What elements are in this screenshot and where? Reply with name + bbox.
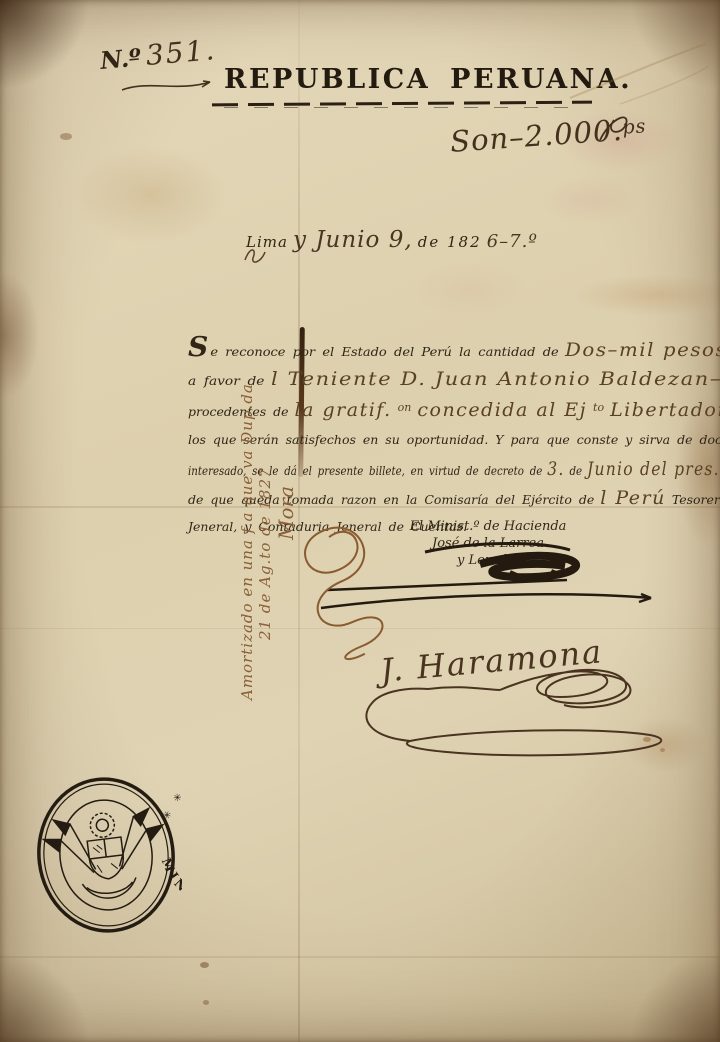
document-number: N.º 351. [99,33,218,76]
ministry-seal: MINISTERIO DE HACIENDA ✳ ✳ ✳ [30,772,182,938]
printed-text: Tesorería [672,492,720,507]
document-number-value: 351. [144,33,217,72]
marginalia-line1: Amortizado en una f.a que va Dup.da [238,268,256,700]
title-rule [212,101,592,107]
dateline-year-handwritten: 6–7.º [487,231,538,252]
handwritten-text: la gratif. [293,399,394,421]
ink-spot [200,962,209,968]
printed-text: de [569,463,582,478]
dateline-year-printed: de 182 [418,233,482,251]
ink-spot [203,1000,209,1005]
main-signature-flourish [350,645,685,770]
handwritten-text: l Perú [598,487,668,509]
amount-flourish [594,106,638,148]
handwritten-text: 3. [546,458,567,480]
dateline: Lima y Junio 9, de 182 6–7.º [246,227,538,253]
svg-text:✳ ✳ ✳: ✳ ✳ ✳ [153,777,182,826]
horizontal-fold-crease [0,956,720,958]
marginalia-note: Amortizado en una f.a que va Dup.da 21 d… [238,268,298,700]
handwritten-text: concedida al Ej [415,399,589,421]
number-underline-flourish [118,78,218,96]
coat-of-arms [41,806,170,905]
handwritten-text: Libertador— [608,399,720,421]
handwritten-text: Dos–mil pesos—— [563,339,720,361]
dateline-day-handwritten: y Junio 9, [293,227,413,253]
torn-corner [0,952,90,1042]
ink-spot [60,133,72,140]
handwritten-text: Junio del pres. [585,458,720,480]
drop-cap: S [188,332,210,363]
marginalia-line2: 21 de Ag.to de 1827 [256,268,274,640]
document-page: N.º 351. REPUBLICA PERUANA. Son–2.000.ps… [0,0,720,1042]
marginalia-signature: Mora [274,268,298,540]
seal-stars: ✳ ✳ ✳ [153,777,182,826]
handwritten-text: to [593,401,604,414]
handwritten-text: on [398,401,412,414]
check-scribble [240,238,268,266]
ghost-ink-marks [560,38,710,108]
torn-corner [630,952,720,1042]
document-number-prefix: N.º [99,43,142,75]
title-rule [224,107,574,108]
handwritten-text: l Teniente D. Juan Antonio Baldezan—— [269,368,720,390]
torn-corner [0,0,90,90]
